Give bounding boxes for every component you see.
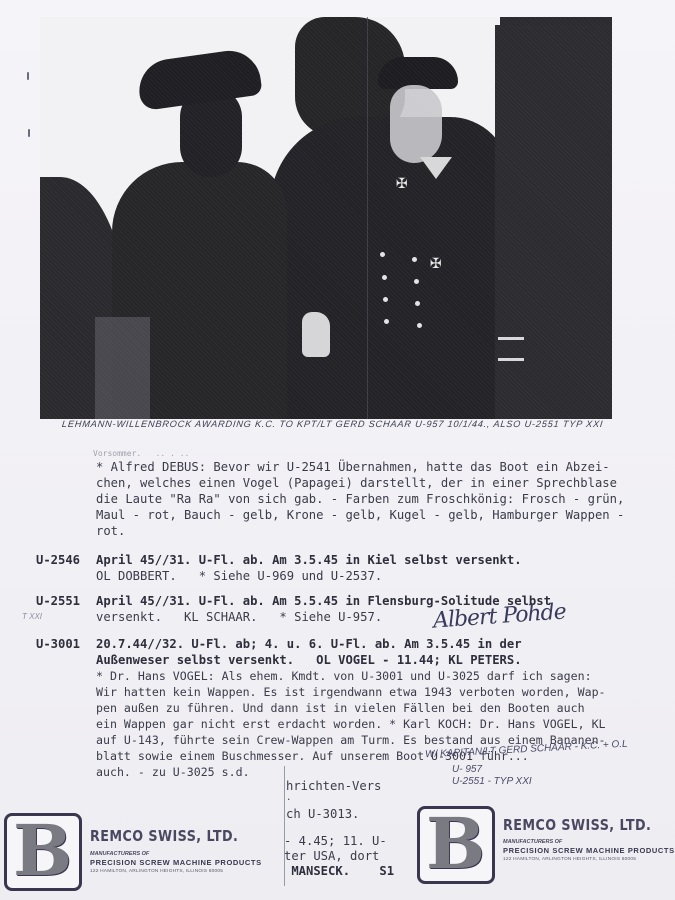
debus-note-line: Maul - rot, Bauch - gelb, Krone - gelb, … (96, 507, 624, 523)
vogel-note-line: ein Wappen gar nicht erst erdacht worden… (96, 716, 606, 732)
fragment-line: ter USA, dort (284, 848, 379, 864)
vogel-note-line: pen außen zu führen. Und dann ist in vie… (96, 700, 585, 716)
company-name: REMCO SWISS, LTD. (90, 827, 238, 845)
company-address: 122 HAMILTON, ARLINGTON HEIGHTS, ILLINOI… (503, 857, 636, 862)
fragment-line: MANSECK. S1 (284, 863, 394, 879)
debus-note-line: * Alfred DEBUS: Bevor wir U-2541 Übernah… (96, 459, 610, 475)
fragment-line: - 4.45; 11. U- (284, 833, 387, 849)
company-products: PRECISION SCREW MACHINE PRODUCTS (90, 858, 262, 867)
fragment-line: hrichten-Vers (286, 778, 381, 794)
company-name: REMCO SWISS, LTD. (503, 816, 651, 834)
margin-mark (28, 129, 30, 137)
debus-note-line: chen, welches einen Vogel (Papagei) dars… (96, 475, 617, 491)
company-address: 122 HAMILTON, ARLINGTON HEIGHTS, ILLINOI… (90, 869, 223, 874)
entry-id-u2546: U-2546 (36, 552, 80, 568)
remco-logo-icon: B (417, 806, 495, 884)
entry-line: OL DOBBERT. * Siehe U-969 und U-2537. (96, 568, 382, 584)
photo-caption: LEHMANN-WILLENBROCK AWARDING K.C. TO KPT… (61, 419, 662, 429)
margin-mark (27, 72, 29, 80)
vogel-note-line: * Dr. Hans VOGEL: Als ehem. Kmdt. von U-… (96, 668, 592, 684)
vogel-note-line: Wir hatten kein Wappen. Es ist irgendwan… (96, 684, 606, 700)
debus-note-line: die Laute "Ra Ra" von sich gab. - Farben… (96, 491, 624, 507)
vogel-note-line: auch. - zu U-3025 s.d. (96, 764, 250, 780)
entry-line: April 45//31. U-Fl. ab. Am 3.5.45 in Kie… (96, 552, 522, 568)
handwritten-note-line: U-2551 - TYP XXI (452, 776, 532, 787)
entry-line: 20.7.44//32. U-Fl. ab; 4. u. 6. U-Fl. ab… (96, 636, 522, 652)
entry-line: versenkt. KL SCHAAR. * Siehe U-957. (96, 609, 382, 625)
fragment-line: . (286, 790, 291, 806)
entry-id-u3001: U-3001 (36, 636, 80, 652)
debus-note-line: rot. (96, 523, 125, 539)
company-tagline: MANUFACTURERS OF (503, 839, 562, 845)
photograph: ✠ ✠ (40, 17, 612, 419)
entry-id-u2551: U-2551 (36, 593, 80, 609)
fragment-line: ch U-3013. (286, 806, 359, 822)
entry-line: Außenweser selbst versenkt. OL VOGEL - 1… (96, 652, 522, 668)
remco-logo-icon: B (4, 813, 82, 891)
margin-note: T XXI (22, 612, 42, 621)
company-products: PRECISION SCREW MACHINE PRODUCTS (503, 846, 675, 855)
handwritten-note-line: U- 957 (452, 764, 482, 775)
document-page: ✠ ✠ LEHMANN-WILLENBROCK AWARDING K.C. TO… (0, 0, 675, 900)
company-tagline: MANUFACTURERS OF (90, 851, 149, 857)
